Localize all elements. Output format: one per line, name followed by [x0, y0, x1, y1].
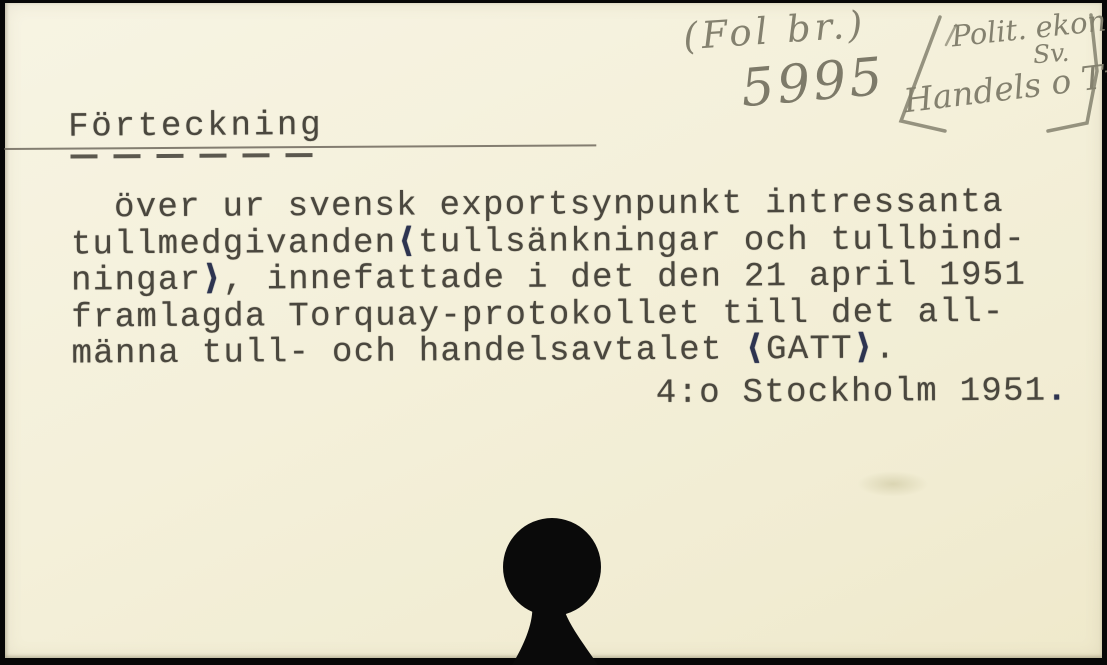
- rod-keyhole-icon: [480, 510, 630, 665]
- text-segment: GATT: [766, 331, 853, 370]
- title-dash-underline: [70, 153, 328, 159]
- text-segment: tullsänkningar och tullbind-: [418, 220, 1026, 262]
- text-segment: tullmedgivanden: [71, 224, 397, 264]
- text-segment: .: [875, 331, 897, 369]
- text-segment: ⟩: [201, 262, 223, 300]
- body-text: över ur svensk exportsynpunkt intressant…: [71, 185, 1027, 374]
- card-title: Förteckning: [68, 107, 323, 147]
- text-segment: ⟩: [853, 331, 875, 369]
- text-segment: 4:o Stockholm 1951: [656, 373, 1047, 413]
- paper-smudge: [857, 471, 929, 497]
- body-line: männa tull- och handelsavtalet ⟨GATT⟩.: [71, 331, 1026, 373]
- scan-frame: (Fol br.) Polit. ekon. Sv. 5995 Handels …: [0, 0, 1107, 665]
- text-segment: .: [1046, 372, 1068, 410]
- imprint-line: 4:o Stockholm 1951.: [656, 372, 1069, 413]
- text-segment: ⟨: [744, 332, 766, 370]
- text-segment: ⟨: [396, 224, 418, 262]
- text-segment: männa tull- och handelsavtalet: [71, 332, 744, 374]
- text-segment: ningar: [71, 262, 201, 301]
